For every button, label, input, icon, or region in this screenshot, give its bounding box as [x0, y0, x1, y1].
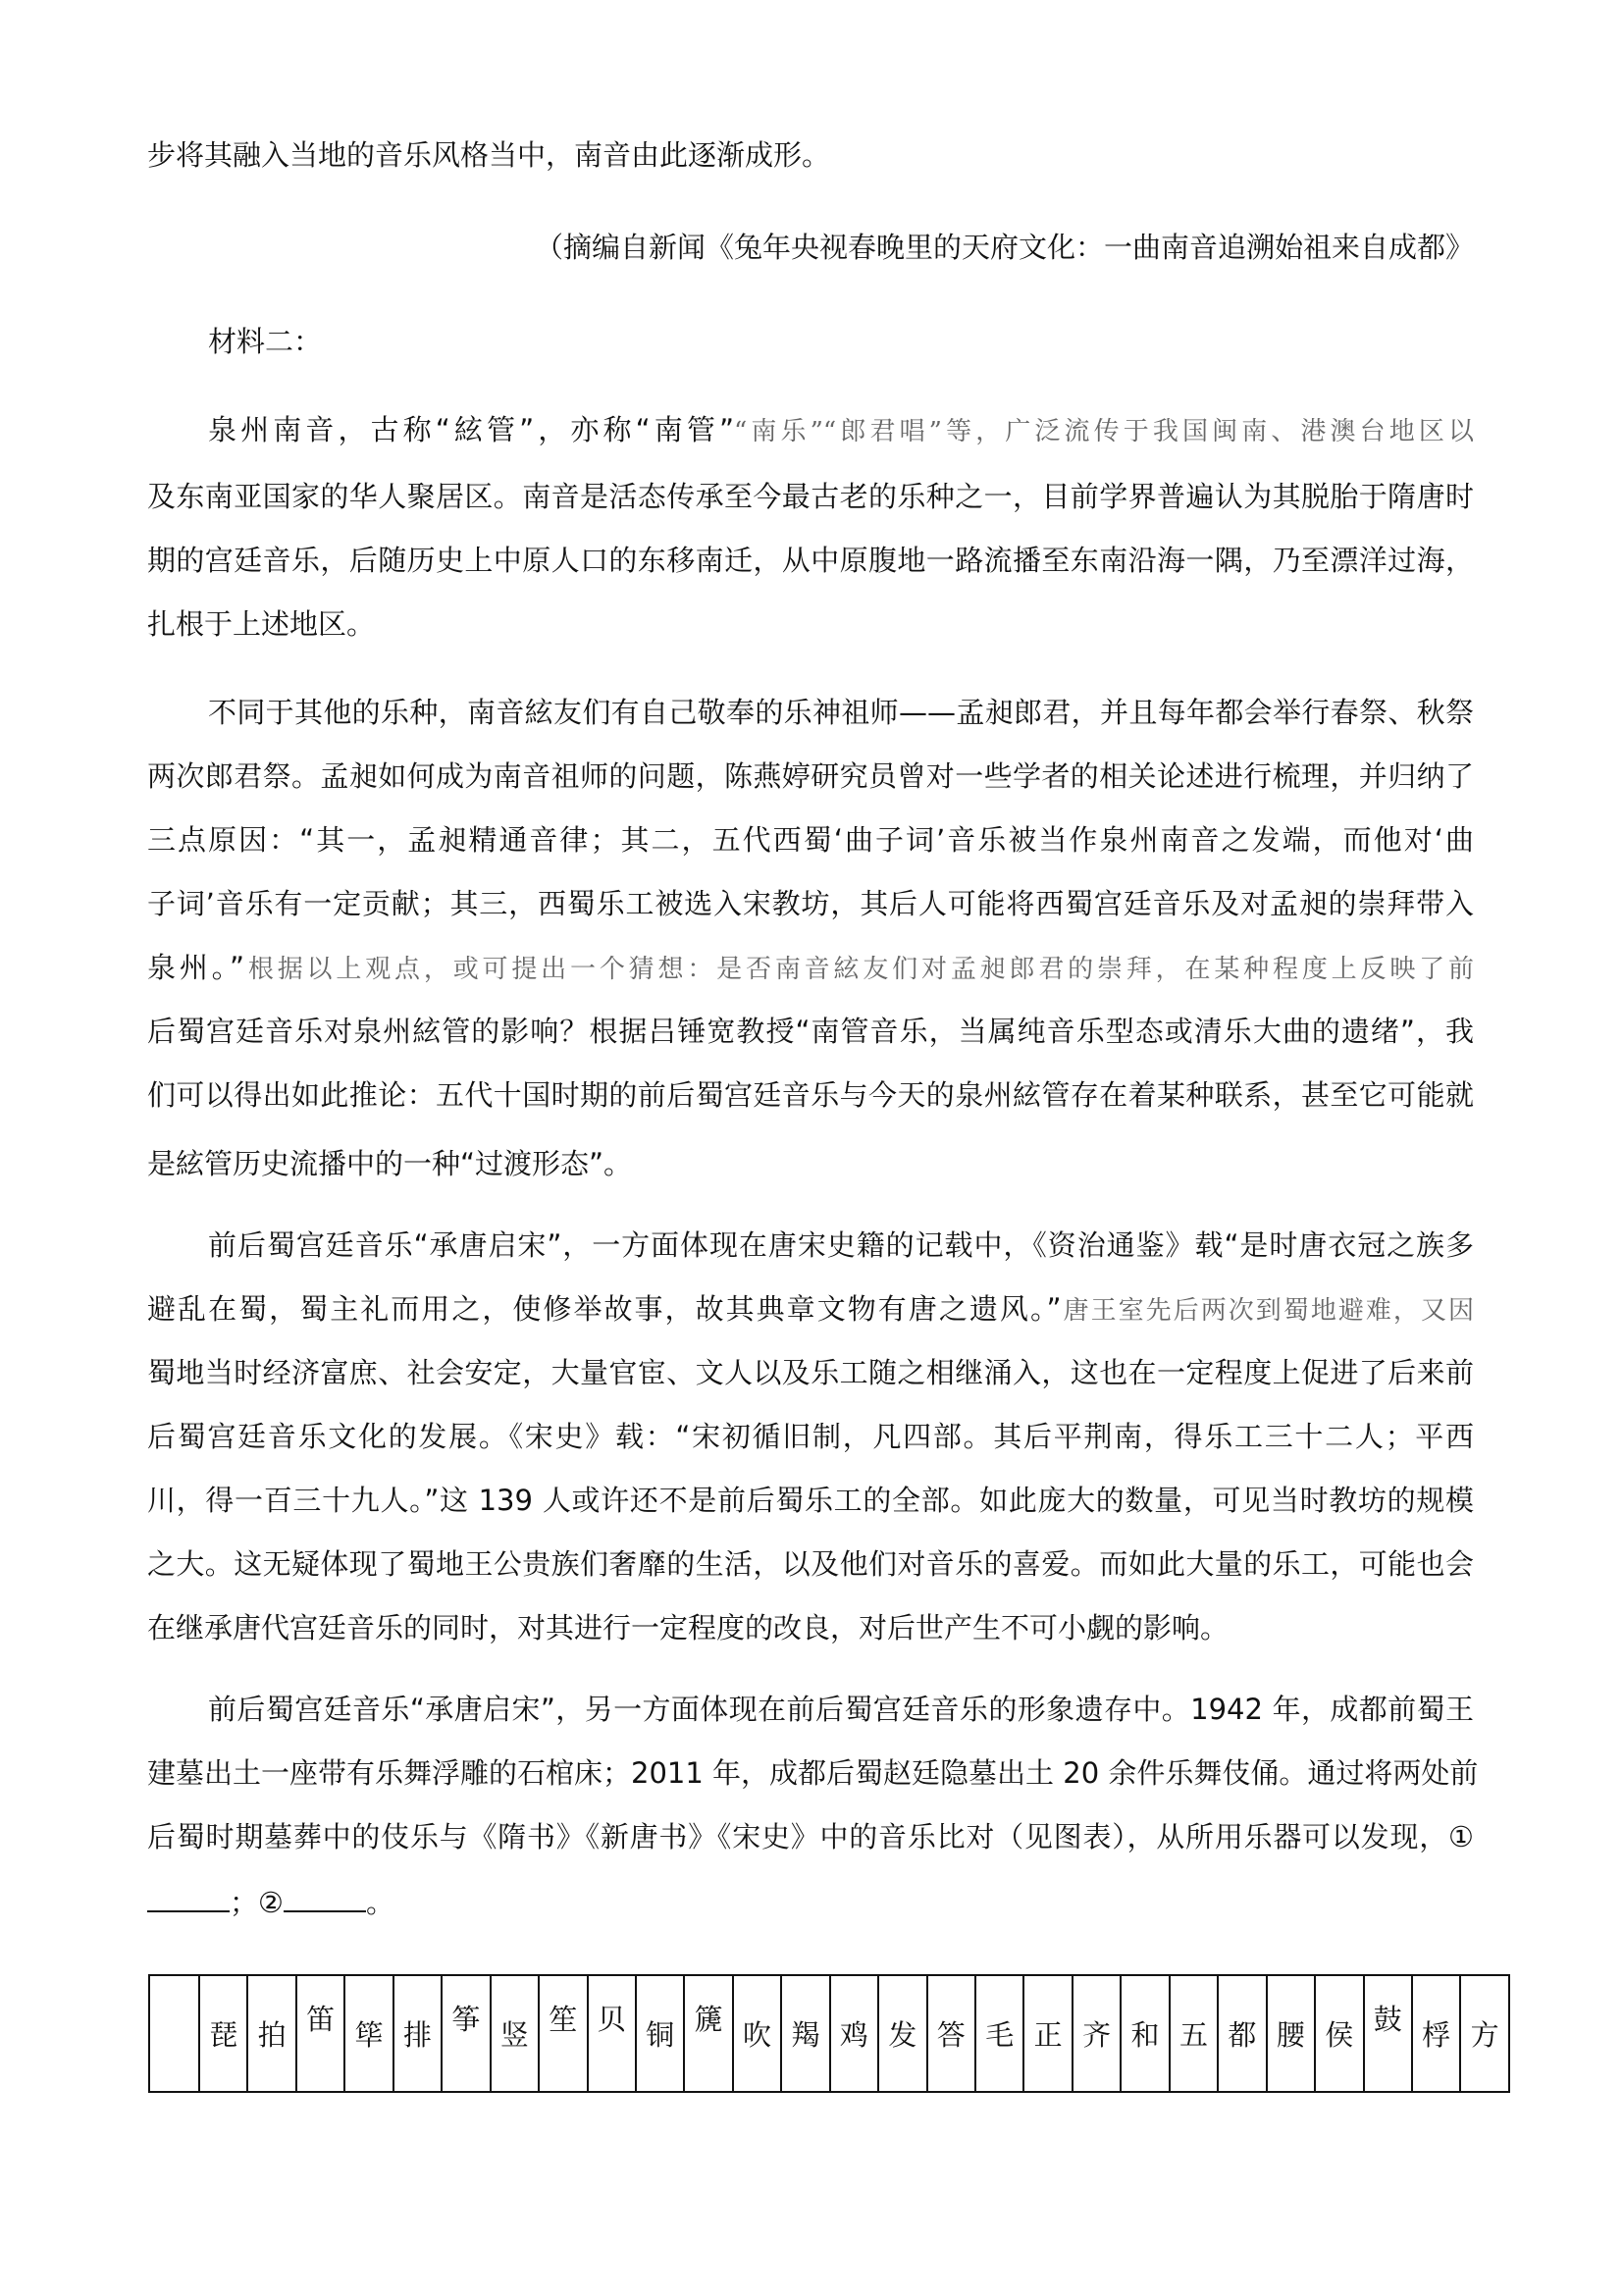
instrument-name: 排 — [403, 2018, 432, 2052]
table-cell-instrument: 笙 — [539, 1975, 587, 2092]
paragraph-line: 两次郎君祭。孟昶如何成为南音祖师的问题，陈燕婷研究员曾对一些学者的相关论述进行梳… — [147, 758, 1474, 794]
gray-text-span: “南乐”“郎君唱”等，广泛流传于我国闽南、港澳台地区以 — [734, 417, 1474, 446]
paragraph-line: 三点原因：“其一，孟昶精通音律；其二，五代西蜀‘曲子词’音乐被当作泉州南音之发端… — [147, 822, 1474, 858]
table-cell-instrument: 五 — [1170, 1975, 1218, 2092]
paragraph-line: 川，得一百三十九人。”这 139 人或许还不是前后蜀乐工的全部。如此庞大的数量，… — [147, 1483, 1474, 1518]
answer-blank-2[interactable] — [284, 1883, 366, 1912]
paragraph-line: 建墓出土一座带有乐舞浮雕的石棺床；2011 年，成都后蜀赵廷隐墓出土 20 余件… — [147, 1755, 1474, 1791]
table-cell-instrument: 桴 — [1412, 1975, 1460, 2092]
table-cell-instrument: 和 — [1121, 1975, 1169, 2092]
paragraph-line: 后蜀宫廷音乐文化的发展。《宋史》载：“宋初循旧制，凡四部。其后平荆南，得乐工三十… — [147, 1419, 1474, 1454]
table-row: 琵拍笛筚排筝竖笙贝铜篪吹羯鸡发答毛正齐和五都腰侯鼓桴方 — [149, 1975, 1509, 2092]
instrument-name: 五 — [1179, 2018, 1208, 2052]
separator: ； — [230, 1886, 258, 1919]
paragraph-line: 后蜀时期墓葬中的伎乐与《隋书》《新唐书》《宋史》中的音乐比对（见图表），从所用乐… — [147, 1819, 1474, 1854]
instrument-name: 贝 — [598, 2003, 626, 2036]
table-cell-instrument: 排 — [393, 1975, 442, 2092]
instrument-name: 羯 — [791, 2018, 819, 2052]
instrument-name: 方 — [1471, 2018, 1499, 2052]
instrument-name: 都 — [1228, 2018, 1256, 2052]
table-cell-instrument: 答 — [927, 1975, 975, 2092]
instrument-name: 笙 — [549, 2003, 577, 2036]
instrument-name: 侯 — [1325, 2018, 1353, 2052]
instrument-name: 笛 — [306, 2003, 335, 2036]
instrument-name: 鼓 — [1374, 2003, 1402, 2036]
instrument-name: 篪 — [695, 2003, 723, 2036]
paragraph-line: 泉州南音，古称“絃管”，亦称“南管”“南乐”“郎君唱”等，广泛流传于我国闽南、港… — [147, 412, 1474, 447]
paragraph-line: 之大。这无疑体现了蜀地王公贵族们奢靡的生活，以及他们对音乐的喜爱。而如此大量的乐… — [147, 1546, 1474, 1582]
citation: （摘编自新闻《兔年央视春晚里的天府文化：一曲南音追溯始祖来自成都》 — [147, 230, 1474, 265]
table-cell-instrument: 琵 — [199, 1975, 247, 2092]
table-cell-instrument: 都 — [1218, 1975, 1266, 2092]
gray-text-span: 唐王室先后两次到蜀地避难，又因 — [1062, 1296, 1475, 1326]
instrument-name: 桴 — [1422, 2018, 1450, 2052]
table-cell-instrument: 贝 — [588, 1975, 636, 2092]
text-span: 泉州南音，古称“絃管”，亦称“南管” — [208, 413, 734, 446]
instrument-name: 和 — [1131, 2018, 1160, 2052]
table-cell-instrument: 侯 — [1315, 1975, 1363, 2092]
instrument-name: 琵 — [209, 2018, 237, 2052]
table-cell-instrument: 笛 — [296, 1975, 344, 2092]
section-label: 材料二： — [147, 324, 1474, 359]
paragraph-line: 扎根于上述地区。 — [147, 606, 1474, 642]
instrument-name: 拍 — [258, 2018, 287, 2052]
table-cell-instrument: 筚 — [344, 1975, 393, 2092]
table-cell-empty — [149, 1975, 199, 2092]
table-cell-instrument: 发 — [878, 1975, 926, 2092]
table-cell-instrument: 腰 — [1267, 1975, 1315, 2092]
paragraph-line: 后蜀宫廷音乐对泉州絃管的影响？根据吕锤宽教授“南管音乐，当属纯音乐型态或清乐大曲… — [147, 1014, 1474, 1049]
instrument-comparison-table: 琵拍笛筚排筝竖笙贝铜篪吹羯鸡发答毛正齐和五都腰侯鼓桴方 — [148, 1974, 1510, 2093]
answer-marker-2: ② — [258, 1886, 284, 1919]
table-cell-instrument: 方 — [1460, 1975, 1509, 2092]
paragraph-line: 们可以得出如此推论：五代十国时期的前后蜀宫廷音乐与今天的泉州絃管存在着某种联系，… — [147, 1077, 1474, 1113]
paragraph-line: 蜀地当时经济富庶、社会安定，大量官宦、文人以及乐工随之相继涌入，这也在一定程度上… — [147, 1355, 1474, 1390]
table-cell-instrument: 竖 — [491, 1975, 539, 2092]
table-cell-instrument: 铜 — [636, 1975, 684, 2092]
paragraph-line: 在继承唐代宫廷音乐的同时，对其进行一定程度的改良，对后世产生不可小觑的影响。 — [147, 1610, 1474, 1645]
paragraph-line: 避乱在蜀，蜀主礼而用之，使修举故事，故其典章文物有唐之遗风。”唐王室先后两次到蜀… — [147, 1291, 1474, 1327]
instrument-name: 竖 — [500, 2018, 529, 2052]
paragraph-line: 期的宫廷音乐，后随历史上中原人口的东移南迁，从中原腹地一路流播至东南沿海一隅，乃… — [147, 543, 1474, 578]
paragraph-line: 泉州。”根据以上观点，或可提出一个猜想：是否南音絃友们对孟昶郎君的崇拜，在某种程… — [147, 950, 1474, 985]
instrument-name: 吹 — [743, 2018, 771, 2052]
instrument-name: 筝 — [451, 2003, 480, 2036]
table-cell-instrument: 吹 — [733, 1975, 781, 2092]
instrument-name: 答 — [937, 2018, 966, 2052]
paragraph-line: 是絃管历史流播中的一种“过渡形态”。 — [147, 1146, 1474, 1181]
paragraph-line: 不同于其他的乐种，南音絃友们有自己敬奉的乐神祖师——孟昶郎君，并且每年都会举行春… — [147, 695, 1474, 730]
table-cell-instrument: 羯 — [781, 1975, 829, 2092]
table-cell-instrument: 筝 — [442, 1975, 490, 2092]
period: 。 — [366, 1886, 394, 1919]
text-span: 避乱在蜀，蜀主礼而用之，使修举故事，故其典章文物有唐之遗风。” — [147, 1292, 1062, 1326]
table-cell-instrument: 鼓 — [1364, 1975, 1412, 2092]
table-cell-instrument: 拍 — [247, 1975, 295, 2092]
paragraph-line: 前后蜀宫廷音乐“承唐启宋”，一方面体现在唐宋史籍的记载中，《资治通鉴》载“是时唐… — [147, 1227, 1474, 1263]
instrument-name: 发 — [888, 2018, 916, 2052]
table-cell-instrument: 齐 — [1073, 1975, 1121, 2092]
table-cell-instrument: 鸡 — [830, 1975, 878, 2092]
instrument-name: 腰 — [1277, 2018, 1305, 2052]
instrument-name: 齐 — [1082, 2018, 1111, 2052]
instrument-name: 筚 — [355, 2018, 384, 2052]
table-cell-instrument: 正 — [1023, 1975, 1072, 2092]
answer-blank-1[interactable] — [147, 1883, 230, 1912]
table-cell-instrument: 篪 — [684, 1975, 732, 2092]
answer-line: ；②。 — [147, 1883, 1474, 1918]
instrument-name: 鸡 — [840, 2018, 868, 2052]
gray-text-span: 根据以上观点，或可提出一个猜想：是否南音絃友们对孟昶郎君的崇拜，在某种程度上反映… — [244, 955, 1474, 984]
text-span: 泉州。” — [147, 951, 244, 984]
paragraph-line: 及东南亚国家的华人聚居区。南音是活态传承至今最古老的乐种之一，目前学界普遍认为其… — [147, 479, 1474, 514]
instrument-name: 正 — [1034, 2018, 1063, 2052]
instrument-name: 铜 — [646, 2018, 674, 2052]
paragraph-line: 前后蜀宫廷音乐“承唐启宋”，另一方面体现在前后蜀宫廷音乐的形象遗存中。1942 … — [147, 1692, 1474, 1727]
table-cell-instrument: 毛 — [975, 1975, 1023, 2092]
instrument-name: 毛 — [985, 2018, 1014, 2052]
text-line-continuation: 步将其融入当地的音乐风格当中，南音由此逐渐成形。 — [147, 137, 1474, 173]
paragraph-line: 子词’音乐有一定贡献；其三，西蜀乐工被选入宋教坊，其后人可能将西蜀宫廷音乐及对孟… — [147, 886, 1474, 921]
